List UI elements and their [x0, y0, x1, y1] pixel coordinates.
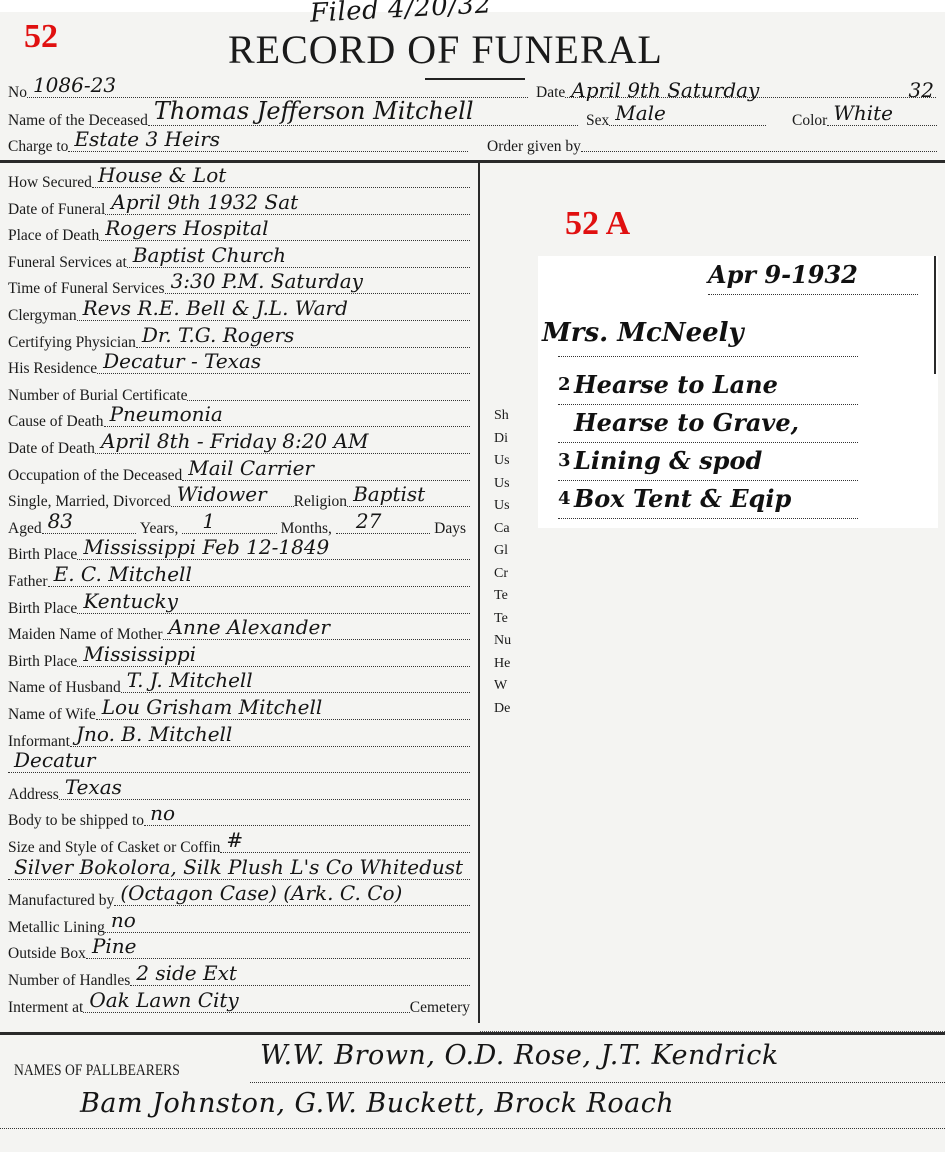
field-value: Revs R.E. Bell & J.L. Ward [83, 296, 348, 320]
field-color: Color White [792, 108, 937, 130]
cut-off-label: De [494, 701, 510, 717]
field-sex: Sex Male [586, 108, 766, 130]
inset-line-text: Hearse to Grave, [574, 408, 799, 437]
cut-off-label: Us [494, 498, 510, 514]
field-value: Rogers Hospital [105, 216, 268, 240]
inset-line-text: Lining & spod [574, 446, 762, 475]
cemetery-suffix: Cemetery [410, 999, 470, 1017]
inset-line-text: Hearse to Lane [574, 370, 778, 399]
field-label: Father [8, 573, 48, 591]
field-row: Outside BoxPine [8, 941, 470, 963]
field-value: Oak Lawn City [89, 988, 238, 1012]
page-number-label: 52 [24, 18, 58, 56]
field-label: Address [8, 786, 59, 804]
field-label: Interment at [8, 999, 83, 1017]
inset-border [934, 256, 936, 374]
cut-off-label: Cr [494, 566, 508, 582]
field-label: Occupation of the Deceased [8, 467, 182, 485]
field-label: Date of Death [8, 440, 95, 458]
cut-off-label: Gl [494, 543, 508, 559]
page-title: RECORD OF FUNERAL [228, 26, 663, 73]
field-label: Place of Death [8, 227, 99, 245]
field-value: 3:30 P.M. Saturday [171, 269, 363, 293]
field-label: Aged [8, 520, 42, 538]
field-label: Order given by [487, 138, 581, 156]
field-value: Kentucky [83, 589, 178, 613]
year-value: 32 [909, 78, 934, 102]
field-value: (Octagon Case) (Ark. C. Co) [120, 881, 402, 905]
field-value: Decatur - Texas [103, 349, 261, 373]
field-value: Decatur [14, 748, 95, 772]
field-value: House & Lot [98, 163, 226, 187]
field-value: 1086-23 [33, 73, 116, 97]
inset-line-number: 2 [558, 374, 571, 395]
inset-date: Apr 9-1932 [708, 260, 858, 289]
cut-off-label: Us [494, 476, 510, 492]
field-value: 83 [48, 509, 73, 533]
field-label: Clergyman [8, 307, 77, 325]
cut-off-label: Ca [494, 521, 510, 537]
field-label: Color [792, 112, 827, 130]
cut-off-label: Te [494, 611, 508, 627]
field-value: Mississippi Feb 12-1849 [83, 535, 329, 559]
field-value: T. J. Mitchell [127, 668, 253, 692]
inset-name: Mrs. McNeely [542, 318, 744, 348]
cut-off-label: Sh [494, 408, 509, 424]
field-label: Sex [586, 112, 609, 130]
age-unit-value: 1 [202, 509, 215, 533]
field-row: FatherE. C. Mitchell [8, 569, 470, 591]
pallbearers-line-2: Bam Johnston, G.W. Buckett, Brock Roach [80, 1088, 674, 1119]
field-label: Outside Box [8, 945, 86, 963]
field-value: # [226, 828, 243, 852]
field-value: Pneumonia [110, 402, 223, 426]
field-label: No [8, 84, 27, 102]
field-label: Charge to [8, 138, 68, 156]
field-label: Manufactured by [8, 892, 114, 910]
field-date: Date April 9th Saturday 32 [536, 80, 936, 102]
field-row: Single, Married, DivorcedWidowerReligion… [8, 489, 470, 511]
inset-line-text: Box Tent & Eqip [574, 484, 791, 513]
cut-off-label: Us [494, 453, 510, 469]
bottom-divider [0, 1032, 945, 1035]
age-unit-label: Days [434, 520, 466, 538]
inset-page-label: 52 A [565, 205, 630, 243]
field-value: April 9th 1932 Sat [111, 190, 298, 214]
field-row: Manufactured by(Octagon Case) (Ark. C. C… [8, 888, 470, 910]
field-row: His ResidenceDecatur - Texas [8, 356, 470, 378]
age-unit-value: 27 [356, 509, 381, 533]
cut-off-label: Nu [494, 633, 511, 649]
field-value: Dr. T.G. Rogers [142, 323, 294, 347]
cut-off-label: Di [494, 431, 508, 447]
pallbearers-line-1: W.W. Brown, O.D. Rose, J.T. Kendrick [260, 1040, 779, 1071]
field-label: His Residence [8, 360, 97, 378]
inset-clipping: Apr 9-1932 Mrs. McNeely 2Hearse to LaneH… [538, 256, 938, 528]
field-value: White [833, 101, 893, 125]
cut-off-label: Te [494, 588, 508, 604]
field-row: Number of Handles2 side Ext [8, 968, 470, 990]
field-value: Texas [65, 775, 122, 799]
pallbearers-label: NAMES OF PALLBEARERS [14, 1062, 180, 1080]
field-value: April 9th Saturday [571, 78, 759, 102]
field-label: Single, Married, Divorced [8, 493, 171, 511]
field-value: Mail Carrier [188, 456, 314, 480]
field-value: 2 side Ext [136, 961, 237, 985]
field-label-religion: Religion [294, 493, 347, 511]
field-value: no [111, 908, 136, 932]
field-value: Pine [92, 934, 137, 958]
field-label: Birth Place [8, 653, 77, 671]
field-label: Body to be shipped to [8, 812, 144, 830]
column-divider [478, 163, 480, 1023]
field-label: Date of Funeral [8, 201, 105, 219]
field-value: E. C. Mitchell [54, 562, 192, 586]
cut-off-label: W [494, 678, 507, 694]
field-value: Baptist Church [133, 243, 286, 267]
field-value: Jno. B. Mitchell [76, 722, 232, 746]
field-value: Widower [177, 482, 267, 506]
inset-line-number: 4 [558, 488, 571, 509]
field-label: Metallic Lining [8, 919, 105, 937]
field-label: Date [536, 84, 565, 102]
field-value: Lou Grisham Mitchell [102, 695, 323, 719]
field-order-given-by: Order given by [487, 134, 937, 156]
field-value-religion: Baptist [353, 482, 425, 506]
field-row: Interment atOak Lawn CityCemetery [8, 995, 470, 1017]
field-value: April 8th - Friday 8:20 AM [101, 429, 368, 453]
field-row: Number of Burial Certificate [8, 383, 470, 405]
field-value: Estate 3 Heirs [74, 127, 220, 151]
field-value: Anne Alexander [169, 615, 330, 639]
cut-off-label: He [494, 656, 510, 672]
field-value: Thomas Jefferson Mitchell [154, 97, 474, 125]
field-row: Maiden Name of MotherAnne Alexander [8, 622, 470, 644]
field-value: Male [615, 101, 666, 125]
field-value: Silver Bokolora, Silk Plush L's Co White… [14, 855, 463, 879]
field-value: no [150, 801, 175, 825]
field-label: How Secured [8, 174, 92, 192]
field-row: AddressTexas [8, 782, 470, 804]
field-value: Mississippi [83, 642, 196, 666]
inset-line-number: 3 [558, 450, 571, 471]
field-label: Funeral Services at [8, 254, 127, 272]
truncated-table-row [480, 1025, 945, 1032]
field-row: Metallic Liningno [8, 915, 470, 937]
field-label: Birth Place [8, 600, 77, 618]
field-label: Cause of Death [8, 413, 104, 431]
field-charge-to: Charge to Estate 3 Heirs [8, 134, 468, 156]
